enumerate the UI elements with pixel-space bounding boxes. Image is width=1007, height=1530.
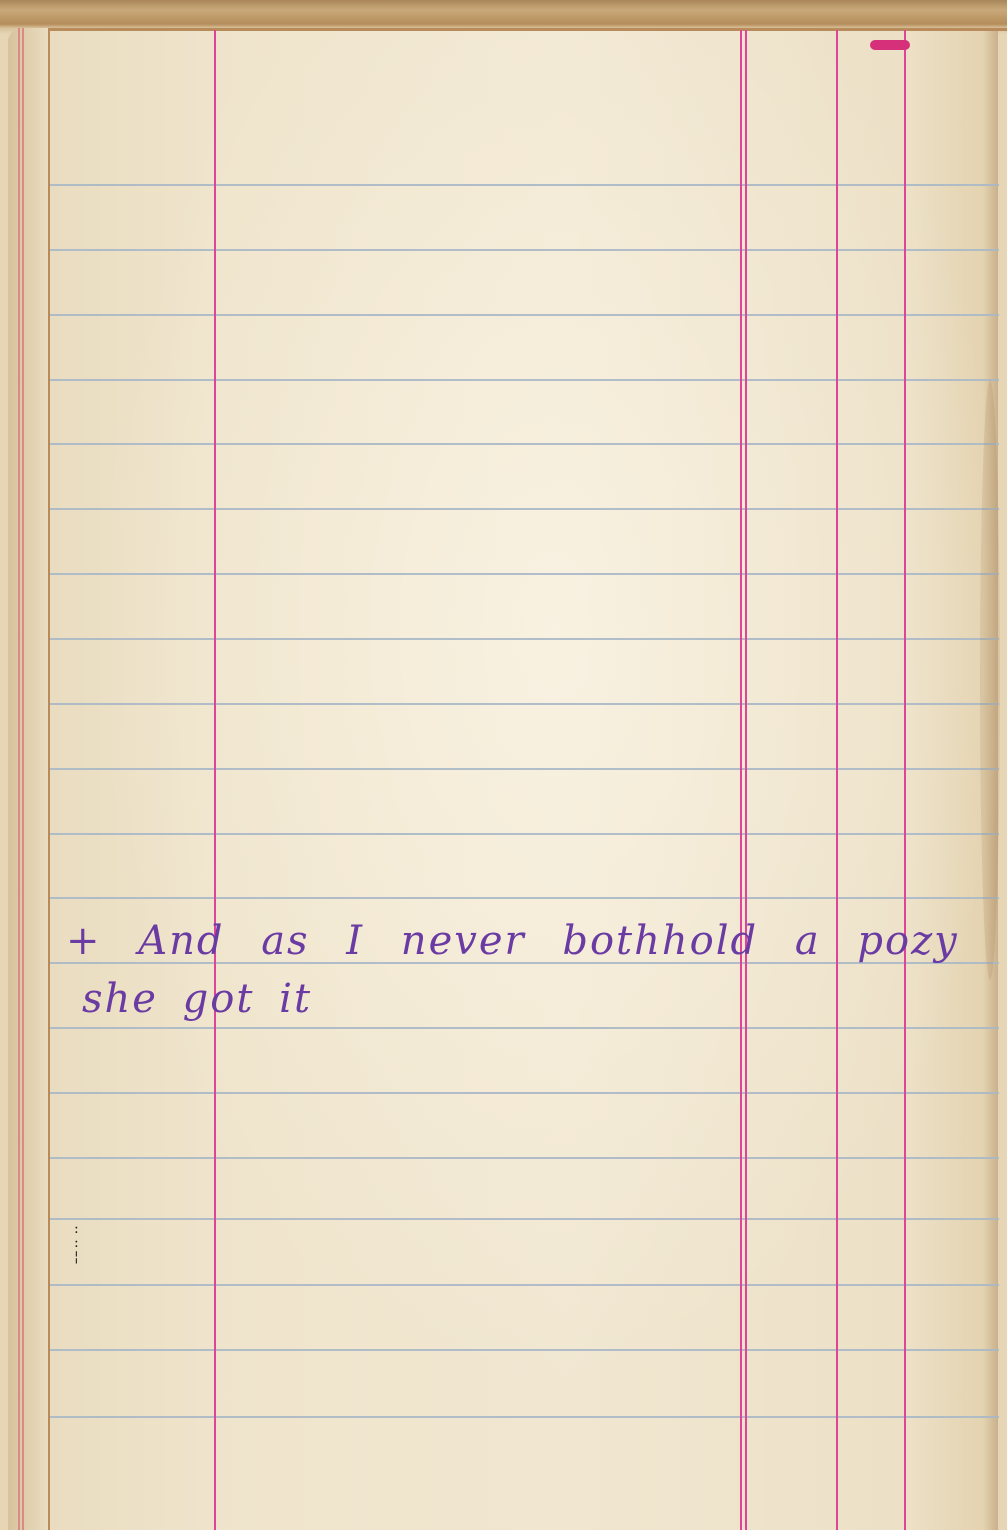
ruled-line — [50, 379, 999, 381]
ruled-line — [50, 314, 999, 316]
ruled-line — [50, 1092, 999, 1094]
ruled-line — [50, 508, 999, 510]
ruled-line — [50, 1349, 999, 1351]
page-edge-line — [22, 28, 24, 1530]
ruled-line — [50, 573, 999, 575]
ruled-line — [50, 897, 999, 899]
ink-blot — [870, 40, 910, 50]
margin-marks: : : ¦ — [74, 1222, 79, 1264]
handwritten-line-2: she got it — [82, 976, 312, 1022]
handwritten-line-1: + And as I never bothhold a pozy — [66, 918, 959, 964]
ledger-page — [8, 28, 998, 1530]
margin-line — [740, 30, 742, 1530]
ruled-line — [50, 638, 999, 640]
margin-line — [745, 30, 747, 1530]
page-border-line — [48, 30, 50, 1530]
paper-stain — [980, 380, 1000, 980]
ruled-line — [50, 1218, 999, 1220]
ruled-line — [50, 1284, 999, 1286]
ruled-line — [50, 184, 999, 186]
ruled-line — [50, 703, 999, 705]
page-edge-line — [18, 28, 20, 1530]
ruled-line — [50, 249, 999, 251]
margin-line — [904, 30, 906, 1530]
ruled-line — [50, 1157, 999, 1159]
ruled-line — [50, 1416, 999, 1418]
margin-line — [836, 30, 838, 1530]
margin-line — [214, 30, 216, 1530]
ruled-line — [50, 833, 999, 835]
ruled-line — [50, 1027, 999, 1029]
ruled-line — [50, 443, 999, 445]
page-top-border — [48, 28, 1007, 31]
ruled-line — [50, 768, 999, 770]
